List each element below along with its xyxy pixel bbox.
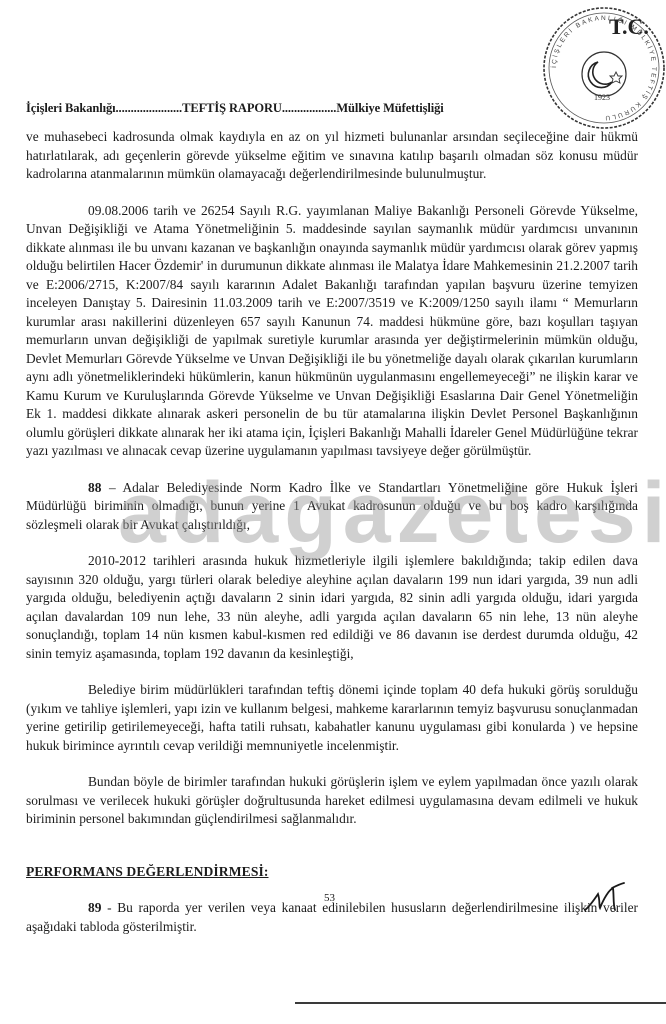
- svg-text:İÇİŞLERİ BAKANLIĞI MÜLKİYE TEF: İÇİŞLERİ BAKANLIĞI MÜLKİYE TEFTİŞ KURULU: [549, 15, 657, 121]
- header-ministry: İçişleri Bakanlığı: [26, 101, 116, 115]
- header-dots-1: ......................: [116, 101, 183, 115]
- document-page: İçişleri Bakanlığı......................…: [0, 0, 666, 1024]
- page-bottom-edge: [295, 1002, 666, 1004]
- item-number-89: 89: [88, 900, 101, 915]
- official-stamp-icon: T.C. 1923 İÇİŞLERİ BAKANLIĞI MÜLKİYE TEF…: [536, 2, 666, 136]
- paragraph-88: 88 – Adalar Belediyesinde Norm Kadro İlk…: [26, 479, 638, 535]
- paragraph-recommendation: Bundan böyle de birimler tarafından huku…: [26, 773, 638, 829]
- signature-icon: [582, 880, 632, 916]
- header-report-title: TEFTİŞ RAPORU: [182, 101, 282, 115]
- header-inspectorate: Mülkiye Müfettişliği: [336, 101, 443, 115]
- page-number: 53: [324, 892, 335, 904]
- paragraph-89: 89 - Bu raporda yer verilen veya kanaat …: [26, 899, 638, 936]
- section-title-performance: PERFORMANS DEĞERLENDİRMESİ:: [26, 863, 638, 882]
- paragraph-regulation: 09.08.2006 tarih ve 26254 Sayılı R.G. ya…: [26, 202, 638, 461]
- paragraph-continuation: ve muhasebeci kadrosunda olmak kaydıyla …: [26, 128, 638, 184]
- paragraph-legal-opinions: Belediye birim müdürlükleri tarafından t…: [26, 681, 638, 755]
- paragraph-lawsuits: 2010-2012 tarihleri arasında hukuk hizme…: [26, 552, 638, 663]
- paragraph-88-text: – Adalar Belediyesinde Norm Kadro İlke v…: [26, 480, 638, 532]
- header-dots-2: ..................: [282, 101, 336, 115]
- item-number-88: 88: [88, 480, 101, 495]
- paragraph-89-text: - Bu raporda yer verilen veya kanaat edi…: [26, 900, 638, 934]
- svg-text:1923: 1923: [594, 93, 610, 102]
- report-header: İçişleri Bakanlığı......................…: [26, 101, 546, 116]
- report-body: ve muhasebeci kadrosunda olmak kaydıyla …: [26, 128, 638, 936]
